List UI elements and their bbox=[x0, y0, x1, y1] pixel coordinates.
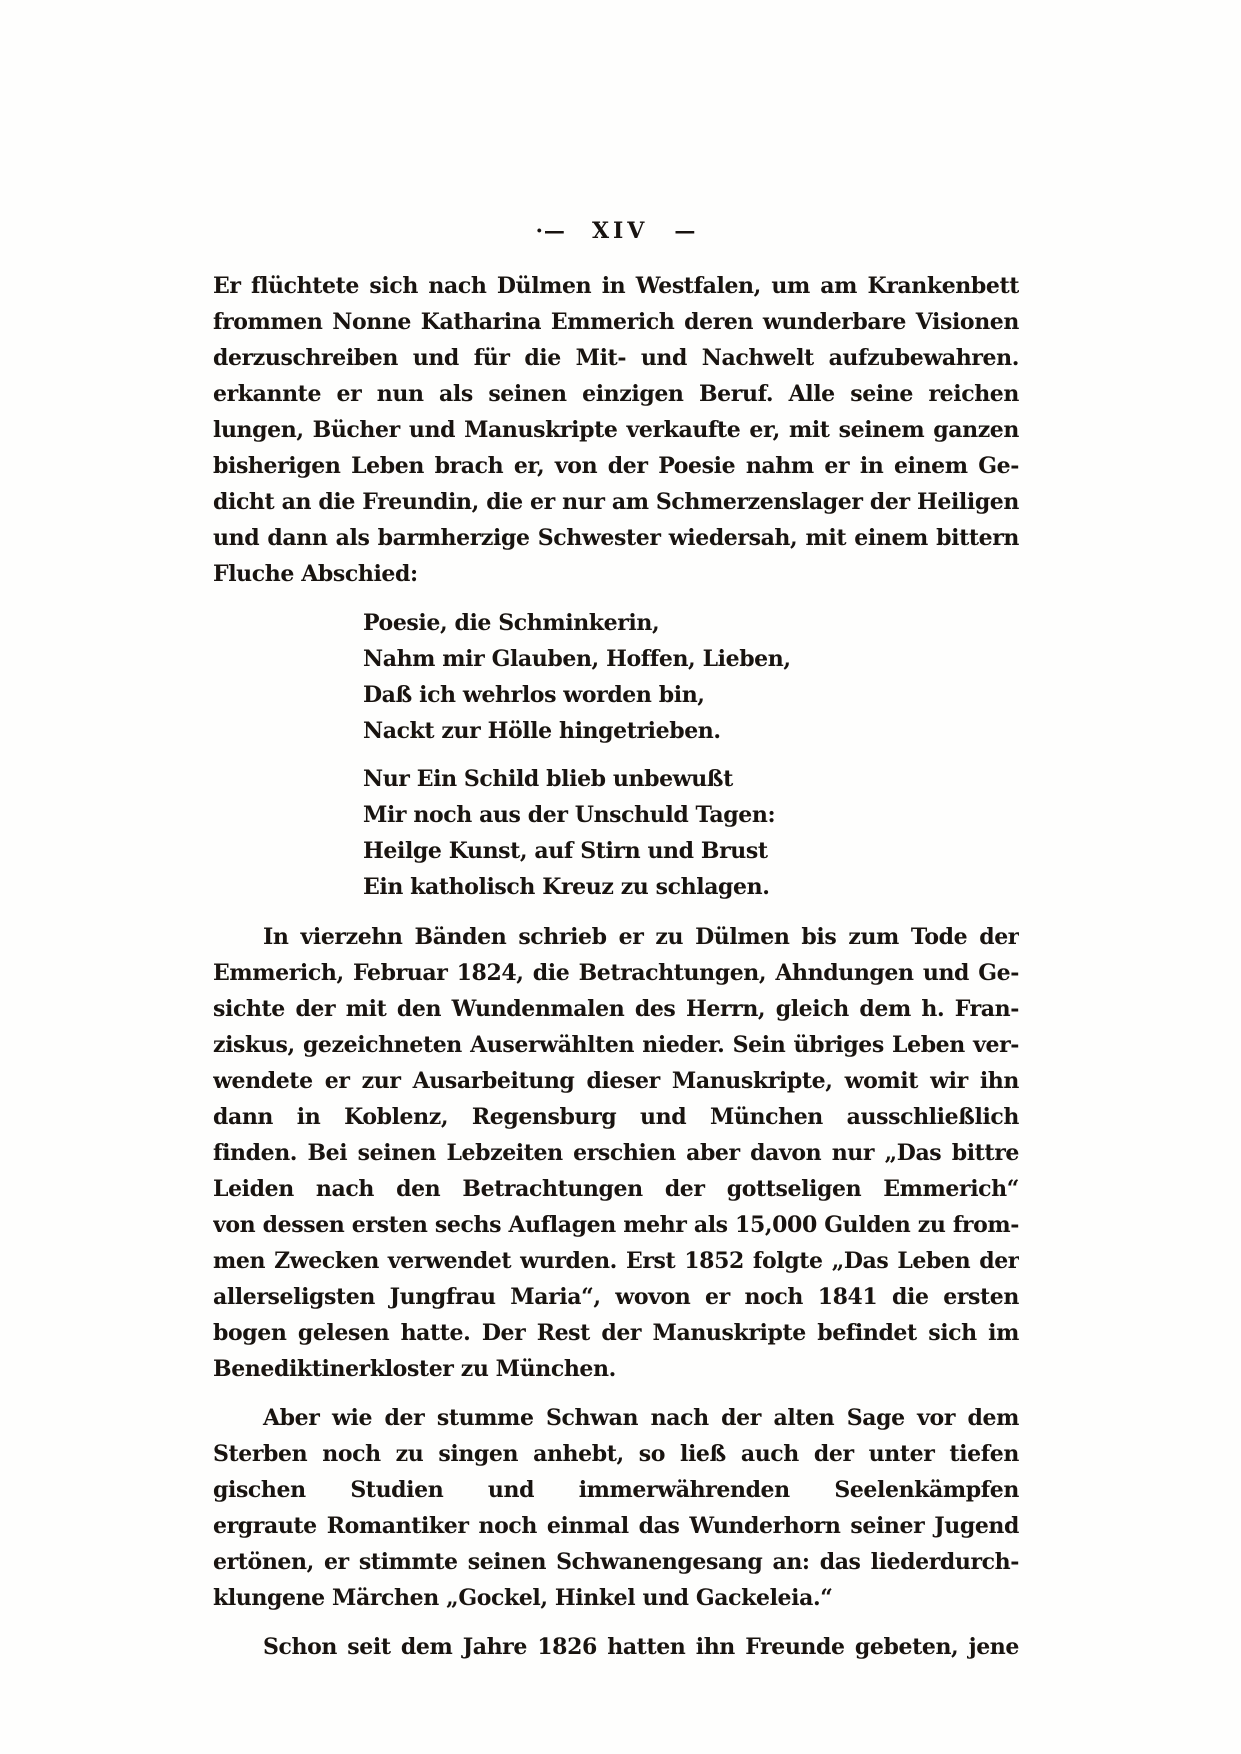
poem-line: Nahm mir Glauben, Hoffen, Lieben, bbox=[363, 641, 1019, 677]
paragraph-2: In vierzehn Bänden schrieb er zu Dülmen … bbox=[213, 919, 1019, 1387]
poem-line: Daß ich wehrlos worden bin, bbox=[363, 677, 1019, 713]
text-line: klungene Märchen „Gockel, Hinkel und Gac… bbox=[213, 1580, 1019, 1616]
poem-stanza-1: Poesie, die Schminkerin, Nahm mir Glaube… bbox=[363, 605, 1019, 749]
text-line: ertönen, er stimmte seinen Schwanengesan… bbox=[213, 1544, 1019, 1580]
paragraph-4: Schon seit dem Jahre 1826 hatten ihn Fre… bbox=[213, 1629, 1019, 1665]
text-line: gischen Studien und immerwährenden Seele… bbox=[213, 1472, 1019, 1508]
text-line: Benediktinerkloster zu München. bbox=[213, 1351, 1019, 1387]
poem-line: Nackt zur Hölle hingetrieben. bbox=[363, 713, 1019, 749]
text-line: ergraute Romantiker noch einmal das Wund… bbox=[213, 1508, 1019, 1544]
text-line: und dann als barmherzige Schwester wiede… bbox=[213, 520, 1019, 556]
text-line: lungen, Bücher und Manuskripte verkaufte… bbox=[213, 412, 1019, 448]
text-line: von dessen ersten sechs Auflagen mehr al… bbox=[213, 1207, 1019, 1243]
text-line: finden. Bei seinen Lebzeiten erschien ab… bbox=[213, 1135, 1019, 1171]
text-line: men Zwecken verwendet wurden. Erst 1852 … bbox=[213, 1243, 1019, 1279]
text-line: Leiden nach den Betrachtungen der gottse… bbox=[213, 1171, 1019, 1207]
header-dash-left: ·— bbox=[536, 218, 566, 243]
text-line: allerseligsten Jungfrau Maria“, wovon er… bbox=[213, 1279, 1019, 1315]
text-line: In vierzehn Bänden schrieb er zu Dülmen … bbox=[213, 919, 1019, 955]
poem-line: Heilge Kunst, auf Stirn und Brust bbox=[363, 833, 1019, 869]
book-page: ·—XIV— Er flüchtete sich nach Dülmen in … bbox=[0, 0, 1241, 1754]
text-line: dann in Koblenz, Regensburg und München … bbox=[213, 1099, 1019, 1135]
text-line: frommen Nonne Katharina Emmerich deren w… bbox=[213, 304, 1019, 340]
header-dash-right: — bbox=[674, 218, 696, 243]
text-line: Emmerich, Februar 1824, die Betrachtunge… bbox=[213, 955, 1019, 991]
text-line: Schon seit dem Jahre 1826 hatten ihn Fre… bbox=[213, 1629, 1019, 1665]
text-line: erkannte er nun als seinen einzigen Beru… bbox=[213, 376, 1019, 412]
text-line: dicht an die Freundin, die er nur am Sch… bbox=[213, 484, 1019, 520]
text-line: sichte der mit den Wundenmalen des Herrn… bbox=[213, 991, 1019, 1027]
text-line: Er flüchtete sich nach Dülmen in Westfal… bbox=[213, 268, 1019, 304]
poem: Poesie, die Schminkerin, Nahm mir Glaube… bbox=[363, 605, 1019, 905]
text-line: ziskus, gezeichneten Auserwählten nieder… bbox=[213, 1027, 1019, 1063]
text-line: wendete er zur Ausarbeitung dieser Manus… bbox=[213, 1063, 1019, 1099]
text-line: Aber wie der stumme Schwan nach der alte… bbox=[213, 1400, 1019, 1436]
poem-line: Ein katholisch Kreuz zu schlagen. bbox=[363, 869, 1019, 905]
poem-line: Poesie, die Schminkerin, bbox=[363, 605, 1019, 641]
poem-stanza-2: Nur Ein Schild blieb unbewußt Mir noch a… bbox=[363, 761, 1019, 905]
paragraph-3: Aber wie der stumme Schwan nach der alte… bbox=[213, 1400, 1019, 1616]
text-line: Sterben noch zu singen anhebt, so ließ a… bbox=[213, 1436, 1019, 1472]
poem-line: Nur Ein Schild blieb unbewußt bbox=[363, 761, 1019, 797]
text-line: bogen gelesen hatte. Der Rest der Manusk… bbox=[213, 1315, 1019, 1351]
page-number: XIV bbox=[592, 218, 648, 244]
poem-line: Mir noch aus der Unschuld Tagen: bbox=[363, 797, 1019, 833]
paragraph-1: Er flüchtete sich nach Dülmen in Westfal… bbox=[213, 268, 1019, 592]
text-line: derzuschreiben und für die Mit- und Nach… bbox=[213, 340, 1019, 376]
text-line: bisherigen Leben brach er, von der Poesi… bbox=[213, 448, 1019, 484]
page-header: ·—XIV— bbox=[213, 218, 1019, 248]
text-line: Fluche Abschied: bbox=[213, 556, 1019, 592]
